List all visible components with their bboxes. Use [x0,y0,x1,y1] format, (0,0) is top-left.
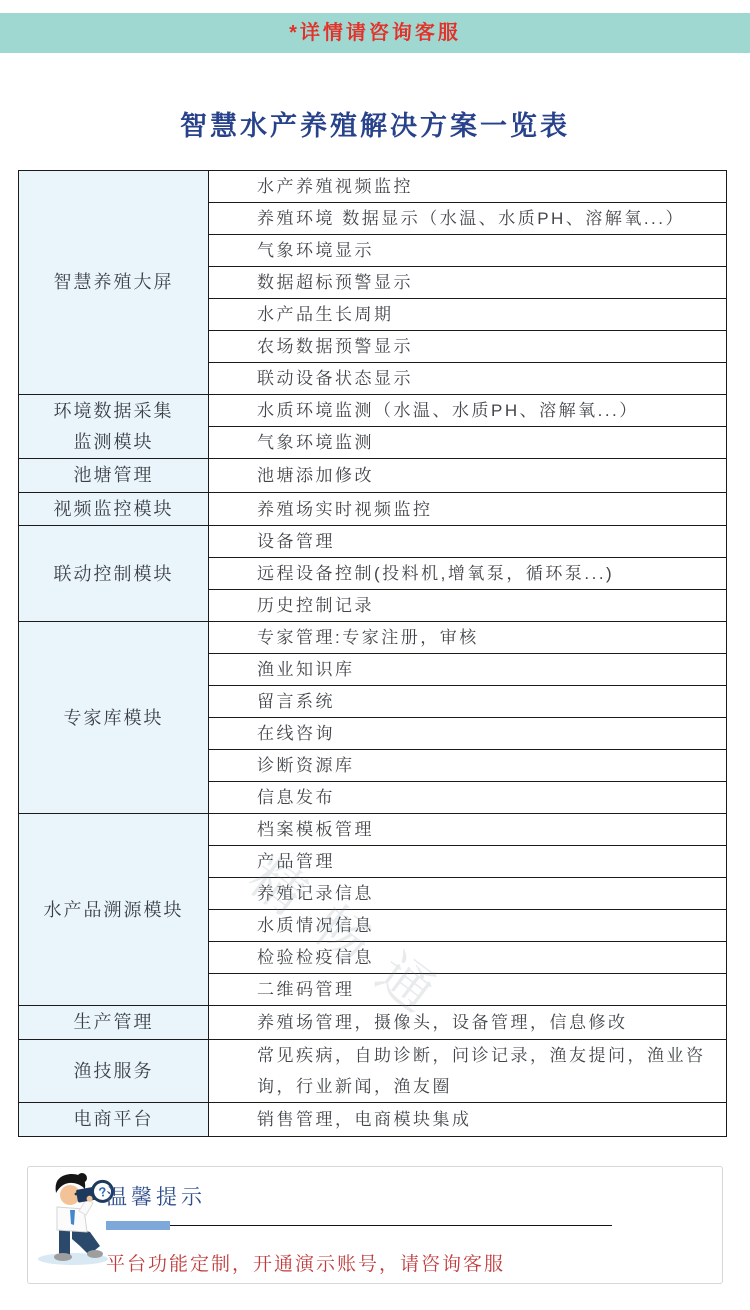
table-row: 环境数据采集 监测模块水质环境监测（水温、水质PH、溶解氧...） [19,395,727,427]
feature-item-cell: 常见疾病，自助诊断，问诊记录，渔友提问，渔业咨询，行业新闻，渔友圈 [209,1039,727,1102]
feature-item-cell: 水产养殖视频监控 [209,171,727,203]
feature-item-cell: 联动设备状态显示 [209,363,727,395]
category-cell: 智慧养殖大屏 [19,171,209,395]
tip-box: ? 温馨提示 平台功能定制，开通演示账号，请咨询客服 [27,1166,723,1284]
feature-item-cell: 数据超标预警显示 [209,267,727,299]
feature-item-cell: 设备管理 [209,526,727,558]
feature-item-cell: 远程设备控制(投料机,增氧泵，循环泵...) [209,558,727,590]
feature-item-cell: 气象环境监测 [209,427,727,459]
notice-banner-text: *详情请咨询客服 [289,22,461,44]
feature-item-cell: 气象环境显示 [209,235,727,267]
feature-item-cell: 养殖记录信息 [209,878,727,910]
feature-item-cell: 留言系统 [209,686,727,718]
feature-item-cell: 渔业知识库 [209,654,727,686]
tip-message: 平台功能定制，开通演示账号，请咨询客服 [106,1249,505,1276]
feature-item-cell: 农场数据预警显示 [209,331,727,363]
category-cell: 联动控制模块 [19,526,209,622]
notice-banner: *详情请咨询客服 [0,13,750,53]
feature-item-cell: 二维码管理 [209,974,727,1006]
feature-item-cell: 养殖场实时视频监控 [209,492,727,526]
feature-item-cell: 水产品生长周期 [209,299,727,331]
mascot-binoculars-icon: ? [32,1169,114,1271]
table-row: 专家库模块专家管理:专家注册，审核 [19,622,727,654]
feature-item-cell: 检验检疫信息 [209,942,727,974]
category-cell: 专家库模块 [19,622,209,814]
feature-item-cell: 在线咨询 [209,718,727,750]
feature-item-cell: 水质环境监测（水温、水质PH、溶解氧...） [209,395,727,427]
tip-divider-line [170,1225,612,1226]
feature-item-cell: 销售管理，电商模块集成 [209,1102,727,1136]
category-cell: 环境数据采集 监测模块 [19,395,209,459]
mascot-hair [77,1173,87,1183]
feature-item-cell: 历史控制记录 [209,590,727,622]
feature-item-cell: 档案模板管理 [209,814,727,846]
feature-item-cell: 水质情况信息 [209,910,727,942]
page-title: 智慧水产养殖解决方案一览表 [0,104,750,143]
feature-item-cell: 养殖环境 数据显示（水温、水质PH、溶解氧...） [209,203,727,235]
category-cell: 池塘管理 [19,459,209,493]
tip-title: 温馨提示 [106,1181,206,1211]
mascot-shoe [54,1253,72,1261]
category-cell: 渔技服务 [19,1039,209,1102]
feature-item-cell: 池塘添加修改 [209,459,727,493]
mascot-shoe [87,1250,103,1258]
feature-item-cell: 专家管理:专家注册，审核 [209,622,727,654]
table-row: 生产管理养殖场管理，摄像头，设备管理，信息修改 [19,1006,727,1040]
feature-item-cell: 养殖场管理，摄像头，设备管理，信息修改 [209,1006,727,1040]
table-row: 池塘管理池塘添加修改 [19,459,727,493]
category-cell: 水产品溯源模块 [19,814,209,1006]
table-row: 视频监控模块养殖场实时视频监控 [19,492,727,526]
feature-item-cell: 产品管理 [209,846,727,878]
table-row: 电商平台销售管理，电商模块集成 [19,1102,727,1136]
table-row: 渔技服务常见疾病，自助诊断，问诊记录，渔友提问，渔业咨询，行业新闻，渔友圈 [19,1039,727,1102]
table-row: 联动控制模块设备管理 [19,526,727,558]
solution-table: 智慧养殖大屏水产养殖视频监控养殖环境 数据显示（水温、水质PH、溶解氧...）气… [18,170,727,1137]
category-cell: 生产管理 [19,1006,209,1040]
table-row: 智慧养殖大屏水产养殖视频监控 [19,171,727,203]
category-cell: 视频监控模块 [19,492,209,526]
category-cell: 电商平台 [19,1102,209,1136]
mascot-leg [59,1229,70,1255]
table-row: 水产品溯源模块档案模板管理 [19,814,727,846]
feature-item-cell: 信息发布 [209,782,727,814]
tip-divider-accent [106,1221,170,1230]
feature-item-cell: 诊断资源库 [209,750,727,782]
